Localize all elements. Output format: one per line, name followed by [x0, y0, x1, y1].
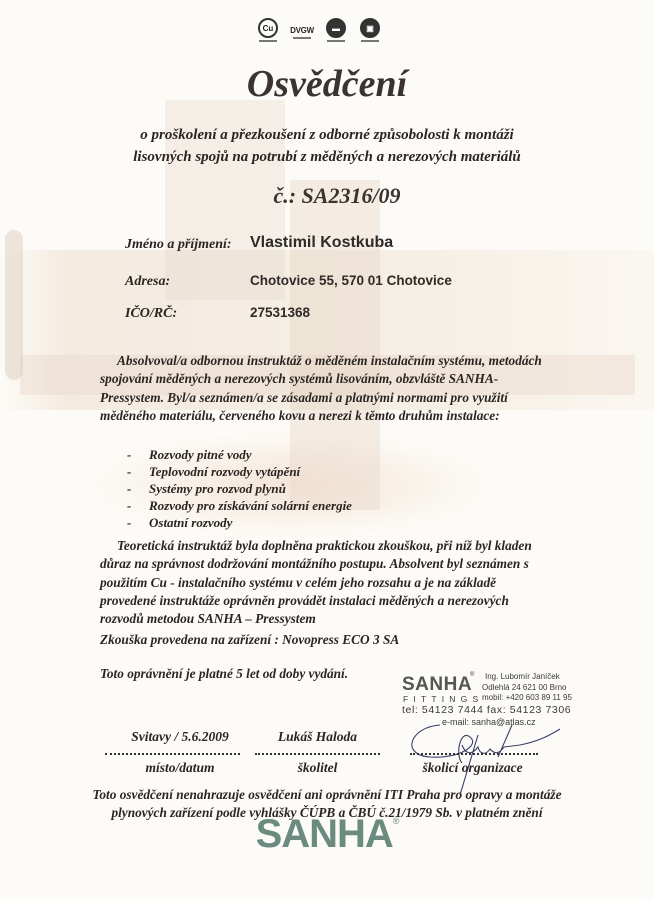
certification-logos: Cu DVGW ▬ ▣: [255, 18, 383, 42]
exam-paragraph: Teoretická instruktáž byla doplněna prak…: [100, 537, 550, 628]
sanha-logo: SANHA®: [0, 812, 654, 857]
name-label: Jméno a příjmení:: [125, 237, 232, 253]
installation-types-list: -Rozvody pitné vody -Teplovodní rozvody …: [127, 446, 352, 531]
address-label: Adresa:: [125, 274, 170, 290]
background-watermark: [5, 230, 23, 380]
place-date-line: [105, 753, 240, 755]
signature: [400, 715, 590, 795]
list-item: -Rozvody pitné vody: [127, 446, 352, 463]
exam-device: Zkouška provedena na zařízení : Novopres…: [100, 632, 399, 648]
dvgw-mark-icon: DVGW: [289, 18, 315, 42]
address-value: Chotovice 55, 570 01 Chotovice: [250, 273, 452, 288]
list-item: -Ostatní rozvody: [127, 514, 352, 531]
list-item: -Systémy pro rozvod plynů: [127, 480, 352, 497]
trainer-line: [255, 753, 380, 755]
validity-note: Toto oprávnění je platné 5 let od doby v…: [100, 666, 348, 682]
trainer-label: školitel: [255, 760, 380, 776]
iso-cert-mark-icon: ▬: [323, 18, 349, 42]
training-paragraph: Absolvoval/a odbornou instruktáž o měděn…: [100, 352, 550, 425]
ico-value: 27531368: [250, 305, 310, 320]
cu-mark-icon: Cu: [255, 18, 281, 42]
document-subtitle: o proškolení a přezkoušení z odborné způ…: [0, 124, 654, 168]
quality-cert-mark-icon: ▣: [357, 18, 383, 42]
document-title: Osvědčení: [0, 62, 654, 106]
certificate-number: č.: SA2316/09: [0, 183, 654, 209]
organization-label: školicí organizace: [405, 760, 540, 776]
trainer-name: Lukáš Haloda: [255, 729, 380, 745]
organization-line: [410, 753, 538, 755]
place-date: Svitavy / 5.6.2009: [110, 729, 250, 745]
list-item: -Rozvody pro získávání solární energie: [127, 497, 352, 514]
list-item: -Teplovodní rozvody vytápění: [127, 463, 352, 480]
place-date-label: místo/datum: [110, 760, 250, 776]
name-value: Vlastimil Kostkuba: [250, 234, 393, 252]
ico-label: IČO/RČ:: [125, 306, 177, 322]
